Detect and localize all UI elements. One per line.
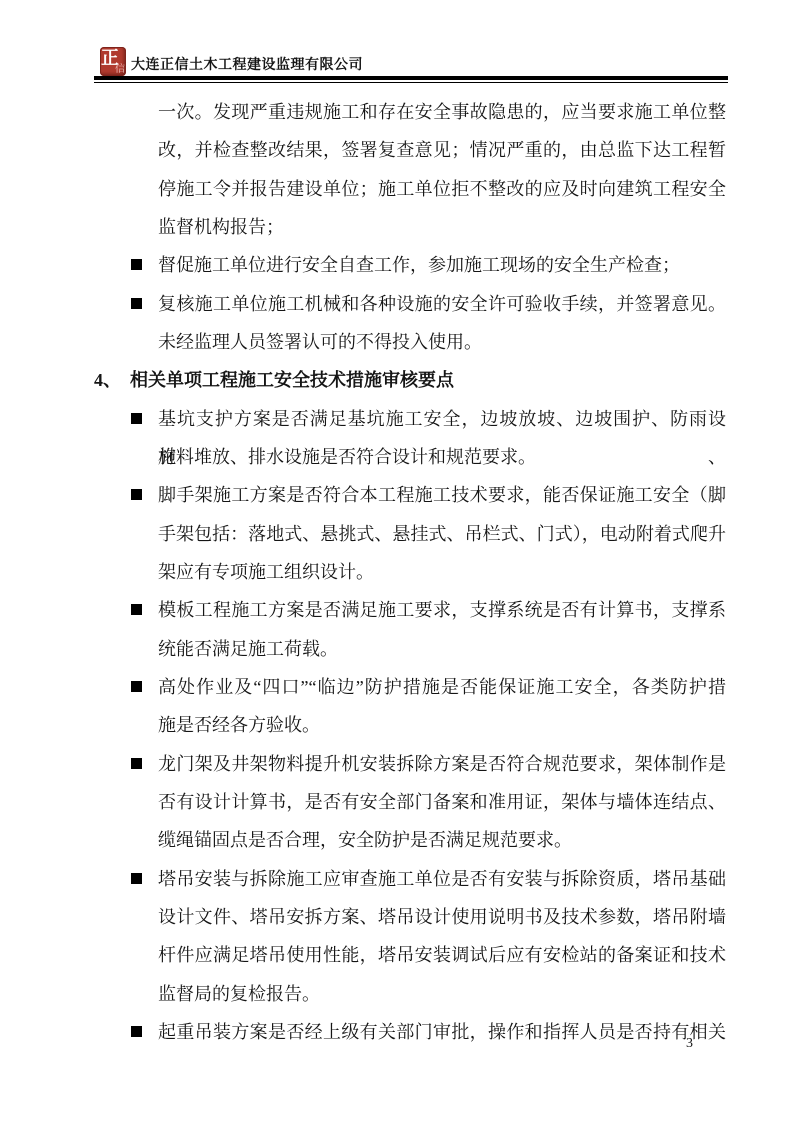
text-line: 脚手架施工方案是否符合本工程施工技术要求，能否保证施工安全（脚 (158, 476, 726, 514)
text-line: 杆件应满足塔吊使用性能，塔吊安装调试后应有安检站的备案证和技术 (158, 936, 726, 974)
header-rule-thick (94, 76, 728, 80)
bullet-item: 基坑支护方案是否满足基坑施工安全，边坡放坡、边坡围护、防雨设施、材料堆放、排水设… (158, 400, 726, 477)
text-line: 高处作业及“四口”“临边”防护措施是否能保证施工安全，各类防护措 (158, 668, 726, 706)
bullet-square-icon (131, 298, 142, 309)
bullet-item: 起重吊装方案是否经上级有关部门审批，操作和指挥人员是否持有相关 (158, 1013, 726, 1051)
bullet-item: 脚手架施工方案是否符合本工程施工技术要求，能否保证施工安全（脚手架包括：落地式、… (158, 476, 726, 591)
text-line: 一次。发现严重违规施工和存在安全事故隐患的，应当要求施工单位整 (158, 93, 726, 131)
text-line: 塔吊安装与拆除施工应审查施工单位是否有安装与拆除资质，塔吊基础 (158, 860, 726, 898)
bullet-item: 龙门架及井架物料提升机安装拆除方案是否符合规范要求，架体制作是否有设计计算书，是… (158, 745, 726, 860)
company-seal-logo-icon: 正 信 (100, 47, 126, 76)
bullet-square-icon (131, 681, 142, 692)
text-line: 统能否满足施工荷载。 (158, 630, 726, 668)
page-number: 3 (686, 1036, 693, 1052)
document-page: 正 信 大连正信土木工程建设监理有限公司 一次。发现严重违规施工和存在安全事故隐… (0, 0, 793, 1122)
bullet-item: 高处作业及“四口”“临边”防护措施是否能保证施工安全，各类防护措施是否经各方验收… (158, 668, 726, 745)
text-line: 监督局的复检报告。 (158, 975, 726, 1013)
text-line: 起重吊装方案是否经上级有关部门审批，操作和指挥人员是否持有相关 (158, 1013, 726, 1051)
bullet-item: 塔吊安装与拆除施工应审查施工单位是否有安装与拆除资质，塔吊基础设计文件、塔吊安拆… (158, 860, 726, 1013)
bullet-square-icon (131, 259, 142, 270)
bullet-square-icon (131, 1026, 142, 1037)
text-line: 设计文件、塔吊安拆方案、塔吊设计使用说明书及技术参数，塔吊附墙 (158, 898, 726, 936)
bullet-square-icon (131, 489, 142, 500)
text-line: 施是否经各方验收。 (158, 706, 726, 744)
header-rule-thin (94, 82, 728, 83)
section-heading: 4、相关单项工程施工安全技术措施审核要点 (158, 361, 726, 399)
section-heading-line: 4、相关单项工程施工安全技术措施审核要点 (158, 361, 726, 399)
text-line: 复核施工单位施工机械和各种设施的安全许可验收手续，并签署意见。 (158, 285, 726, 323)
text-line: 缆绳锚固点是否合理，安全防护是否满足规范要求。 (158, 821, 726, 859)
text-line: 龙门架及井架物料提升机安装拆除方案是否符合规范要求，架体制作是 (158, 745, 726, 783)
logo-sub-character: 信 (115, 65, 125, 75)
text-line: 架应有专项施工组织设计。 (158, 553, 726, 591)
text-line: 手架包括：落地式、悬挑式、悬挂式、吊栏式、门式），电动附着式爬升 (158, 515, 726, 553)
text-line: 监督机构报告； (158, 208, 726, 246)
text-line: 督促施工单位进行安全自查工作，参加施工现场的安全生产检查； (158, 246, 726, 284)
bullet-square-icon (131, 758, 142, 769)
text-line: 模板工程施工方案是否满足施工要求，支撑系统是否有计算书，支撑系 (158, 591, 726, 629)
paragraph: 一次。发现严重违规施工和存在安全事故隐患的，应当要求施工单位整改，并检查整改结果… (158, 93, 726, 246)
text-line: 基坑支护方案是否满足基坑施工安全，边坡放坡、边坡围护、防雨设施、 (158, 400, 726, 438)
text-line: 否有设计计算书，是否有安全部门备案和准用证，架体与墙体连结点、 (158, 783, 726, 821)
heading-number: 4、 (94, 361, 130, 399)
bullet-item: 模板工程施工方案是否满足施工要求，支撑系统是否有计算书，支撑系统能否满足施工荷载… (158, 591, 726, 668)
company-name: 大连正信土木工程建设监理有限公司 (131, 54, 363, 74)
bullet-square-icon (131, 604, 142, 615)
heading-text: 相关单项工程施工安全技术措施审核要点 (130, 370, 454, 390)
text-line: 未经监理人员签署认可的不得投入使用。 (158, 323, 726, 361)
bullet-square-icon (131, 873, 142, 884)
bullet-square-icon (131, 413, 142, 424)
bullet-item: 复核施工单位施工机械和各种设施的安全许可验收手续，并签署意见。未经监理人员签署认… (158, 285, 726, 362)
text-line: 停施工令并报告建设单位；施工单位拒不整改的应及时向建筑工程安全 (158, 170, 726, 208)
text-line: 改，并检查整改结果，签署复查意见；情况严重的，由总监下达工程暂 (158, 131, 726, 169)
content-blocks: 一次。发现严重违规施工和存在安全事故隐患的，应当要求施工单位整改，并检查整改结果… (158, 93, 726, 1051)
bullet-item: 督促施工单位进行安全自查工作，参加施工现场的安全生产检查； (158, 246, 726, 284)
